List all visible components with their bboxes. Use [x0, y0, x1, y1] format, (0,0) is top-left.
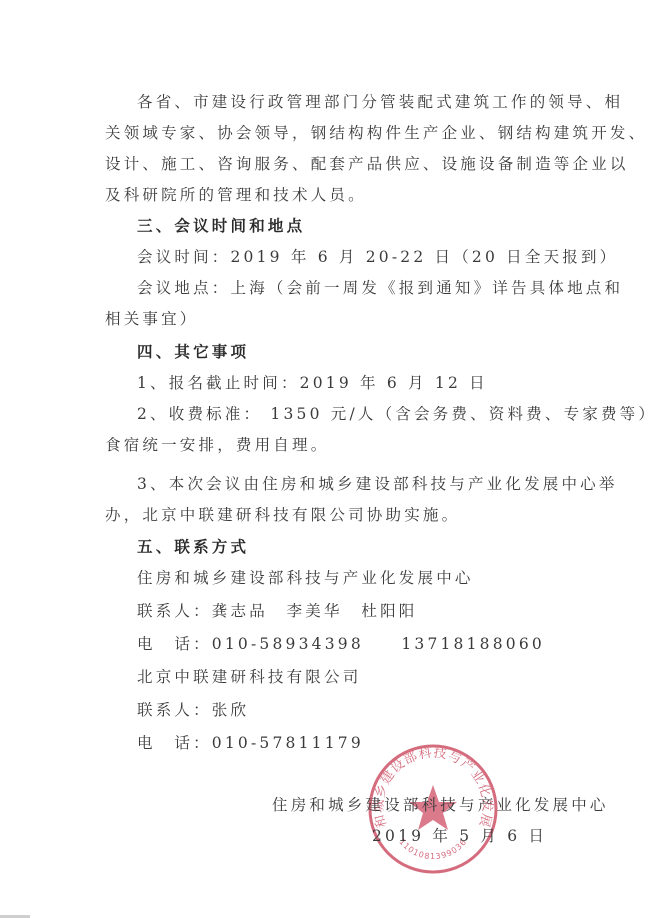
paragraph-attendees-line-2: 关领域专家、协会领导，钢结构构件生产企业、钢结构建筑开发、: [105, 123, 647, 143]
registration-deadline: 1、报名截止时间：2019 年 6 月 12 日: [137, 373, 488, 393]
meeting-place-line-1: 会议地点：上海（会前一周发《报到通知》详告具体地点和: [137, 278, 623, 298]
contact-org-1-phone: 电 话：010-58934398 13718188060: [137, 634, 545, 654]
fee-standard-line-1: 2、收费标准： 1350 元/人（含会务费、资料费、专家费等）。: [137, 404, 650, 424]
meeting-time: 会议时间：2019 年 6 月 20-22 日（20 日全天报到）: [137, 247, 618, 267]
contact-org-2-name: 北京中联建研科技有限公司: [137, 667, 361, 687]
organizer-line-2: 办，北京中联建研科技有限公司协助实施。: [105, 505, 460, 525]
signature-date: 2019 年 5 月 6 日: [372, 826, 547, 846]
meeting-place-line-2: 相关事宜）: [105, 309, 199, 329]
paragraph-attendees-line-4: 及科研院所的管理和技术人员。: [105, 185, 367, 205]
section-heading-contact: 五、联系方式: [137, 537, 249, 557]
contact-org-1-name: 住房和城乡建设部科技与产业化发展中心: [137, 568, 474, 588]
contact-org-2-phone: 电 话：010-57811179: [137, 733, 364, 753]
fee-standard-line-2: 食宿统一安排，费用自理。: [105, 435, 329, 455]
contact-org-2-people: 联系人：张欣: [137, 700, 249, 720]
contact-org-1-people: 联系人：龚志品 李美华 杜阳阳: [137, 601, 418, 621]
paragraph-attendees-line-3: 设计、施工、咨询服务、配套产品供应、设施设备制造等企业以: [105, 154, 629, 174]
signature-organization: 住房和城乡建设部科技与产业化发展中心: [272, 795, 609, 815]
organizer-line-1: 3、本次会议由住房和城乡建设部科技与产业化发展中心举: [137, 474, 618, 494]
paragraph-attendees-line-1: 各省、市建设行政管理部门分管装配式建筑工作的领导、相: [137, 92, 623, 112]
document-page: 各省、市建设行政管理部门分管装配式建筑工作的领导、相 关领域专家、协会领导，钢结…: [0, 0, 650, 918]
section-heading-time-place: 三、会议时间和地点: [137, 216, 305, 236]
section-heading-other-matters: 四、其它事项: [137, 342, 249, 362]
